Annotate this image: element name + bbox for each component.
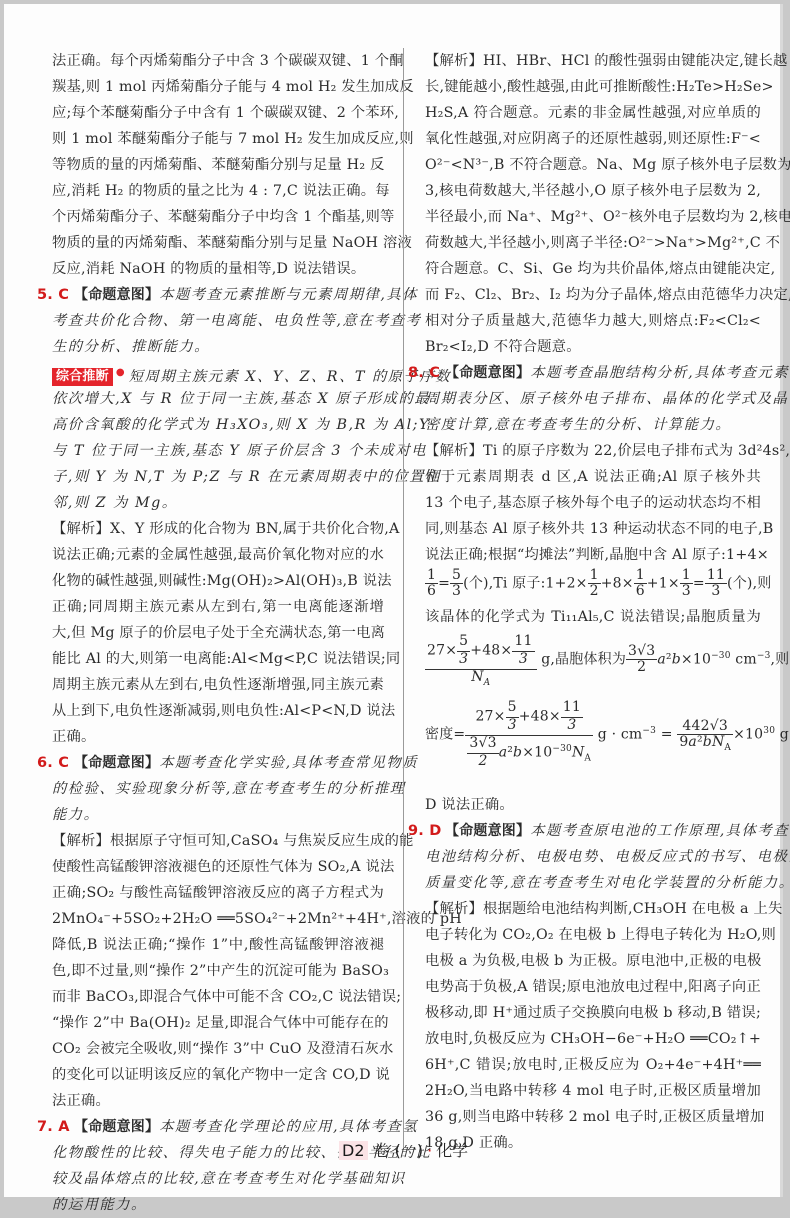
analysis-label: 【解析】 (52, 833, 110, 849)
analysis-text: 3,核电荷数越大,半径越小,O 原子核外电子层数为 2, (425, 178, 761, 204)
analysis-text: 2MnO₄⁻+5SO₂+2H₂O ══5SO₄²⁻+2Mn²⁺+4H⁺,溶液的 … (52, 906, 384, 932)
analysis-text: H₂S,A 符合题意。元素的非金属性越强,对应单质的 (425, 100, 761, 126)
q7-analysis: 【解析】HI、HBr、HCl 的酸性强弱由键能决定,键长越 长,键能越小,酸性越… (425, 48, 761, 360)
analysis-text: 根据题给电池结构判断,CH₃OH 在电极 a 上失 (483, 901, 782, 917)
analysis-text: 法正确。 (52, 1088, 384, 1114)
ti-atom-label: ,Ti 原子: (489, 576, 546, 592)
inference-text: 与 T 位于同一主族,基态 Y 原子价层含 3 个未成对电 (52, 438, 384, 464)
analysis-text: 说法正确;根据“均摊法”判断,晶胞中含 Al 原子:1+4× (425, 542, 761, 568)
fraction: 13 (680, 568, 693, 599)
analysis-text: Ti 的原子序数为 22,价层电子排布式为 3d²4s², (483, 443, 790, 459)
intent-label: 【命题意图】 (445, 823, 530, 839)
intent-text: 考查共价化合物、第一电离能、电负性等,意在考查考 (52, 308, 384, 334)
text-line: 羰基,则 1 mol 丙烯菊酯分子能与 4 mol H₂ 发生加成反 (52, 74, 384, 100)
text-line: 则 1 mol 苯醚菊酯分子能与 7 mol H₂ 发生加成反应,则 (52, 126, 384, 152)
analysis-text: 使酸性高锰酸钾溶液褪色的还原性气体为 SO₂,A 说法 (52, 854, 384, 880)
density-fraction: 27×53+48×113 3√32a²b×10−30NA (465, 700, 593, 769)
answer-number: 8. C (408, 360, 440, 386)
intent-text: 本题考查原电池的工作原理,具体考查 (530, 823, 789, 839)
q8-intent-line: 8. C 【命题意图】本题考查晶胞结构分析,具体考查元素 (425, 360, 761, 386)
question-7: 7. A 【命题意图】本题考查化学理论的应用,具体考查氢 化物酸性的比较、得失电… (52, 1114, 384, 1203)
analysis-text: 放电时,负极反应为 CH₃OH−6e⁻+H₂O ══CO₂↑+ (425, 1026, 761, 1052)
analysis-text: 同,则基态 Al 原子核外共 13 种运动状态不同的电子,B (425, 516, 761, 542)
q5-intent-line: 5. C 【命题意图】本题考查元素推断与元素周期律,具体 (52, 282, 384, 308)
q6-intent-line: 6. C 【命题意图】本题考查化学实验,具体考查常见物质 (52, 750, 384, 776)
analysis-label: 【解析】 (425, 53, 483, 69)
intent-label: 【命题意图】 (445, 365, 530, 381)
text-line: 法正确。每个丙烯菊酯分子中含 3 个碳碳双键、1 个酮 (52, 48, 384, 74)
analysis-text: 电极 a 为负极,电极 b 为正极。原电池中,正极的电极 (425, 948, 761, 974)
analysis-line: 【解析】X、Y 形成的化合物为 BN,属于共价化合物,A (52, 516, 384, 542)
analysis-text: 长,键能越小,酸性越强,由此可推断酸性:H₂Te>H₂Se> (425, 74, 761, 100)
analysis-text: 正确。 (52, 724, 384, 750)
analysis-text: 而 F₂、Cl₂、Br₂、I₂ 均为分子晶体,熔点由范德华力决定, (425, 282, 761, 308)
answer-number: 5. C (37, 282, 69, 308)
q7-intent-line: 7. A 【命题意图】本题考查化学理论的应用,具体考查氢 (52, 1114, 384, 1140)
analysis-text: 符合题意。C、Si、Ge 均为共价晶体,熔点由键能决定, (425, 256, 761, 282)
analysis-text: 色,即不过量,则“操作 2”中产生的沉淀可能为 BaSO₃ (52, 958, 384, 984)
dot-icon: ● (116, 367, 125, 378)
analysis-text: 相对分子质量越大,范德华力越大,则熔点:F₂<Cl₂< (425, 308, 761, 334)
analysis-text: 大,但 Mg 原子的价层电子处于全充满状态,第一电离 (52, 620, 384, 646)
fraction: 16 (425, 568, 438, 599)
intent-label: 【命题意图】 (74, 1119, 159, 1135)
intent-text: 的运用能力。 (52, 1192, 384, 1203)
document-page: 法正确。每个丙烯菊酯分子中含 3 个碳碳双键、1 个酮 羰基,则 1 mol 丙… (4, 4, 783, 1197)
analysis-text: 能比 Al 的大,则第一电离能:Al<Mg<P,C 说法错误;同 (52, 646, 384, 672)
analysis-text: 说法正确;元素的金属性越强,最高价氧化物对应的水 (52, 542, 384, 568)
text-line: 个丙烯菊酯分子、苯醚菊酯分子中均含 1 个酯基,则等 (52, 204, 384, 230)
analysis-text: 荷数越大,半径越小,则离子半径:O²⁻>Na⁺>Mg²⁺,C 不 (425, 230, 761, 256)
inference-line: 综合推断●短周期主族元素 X、Y、Z、R、T 的原子序数 (52, 360, 384, 386)
analysis-text: CO₂ 会被完全吸收,则“操作 3”中 CuO 及澄清石灰水 (52, 1036, 384, 1062)
separator-dot: · (427, 1141, 432, 1160)
analysis-text: X、Y 形成的化合物为 BN,属于共价化合物,A (110, 521, 399, 537)
intent-text: 化物酸性的比较、得失电子能力的比较、微粒半径的比 (52, 1140, 384, 1166)
intent-text: 的检验、实验现象分析等,意在考查考生的分析推理 (52, 776, 384, 802)
analysis-text: 正确;SO₂ 与酸性高锰酸钾溶液反应的离子方程式为 (52, 880, 384, 906)
analysis-text: 18 g,D 正确。 (425, 1130, 761, 1156)
answer-number: 6. C (37, 750, 69, 776)
analysis-text: 化物的碱性越强,则碱性:Mg(OH)₂>Al(OH)₃,B 说法 (52, 568, 384, 594)
analysis-text: 36 g,则当电路中转移 2 mol 电子时,正极区质量增加 (425, 1104, 761, 1130)
analysis-text: HI、HBr、HCl 的酸性强弱由键能决定,键长越 (483, 53, 787, 69)
left-column: 法正确。每个丙烯菊酯分子中含 3 个碳碳双键、1 个酮 羰基,则 1 mol 丙… (52, 48, 384, 1203)
page-footer: D2卷 (一)·化学 (339, 1138, 468, 1161)
inference-text: 子,则 Y 为 N,T 为 P;Z 与 R 在元素周期表中的位置相 (52, 464, 384, 490)
fraction: 53 (450, 568, 463, 599)
text-fragment: ,则 (753, 576, 772, 592)
atom-count-equation: 16=53(个),Ti 原子:1+2×12+8×16+1×13=113(个),则 (425, 568, 761, 604)
density-label: 密度= (425, 727, 465, 743)
text-line: 应;每个苯醚菊酯分子中含有 1 个碳碳双键、2 个苯环, (52, 100, 384, 126)
analysis-text: 从上到下,电负性逐渐减弱,则电负性:Al<P<N,D 说法 (52, 698, 384, 724)
analysis-text: 氧化性越强,对应阴离子的还原性越弱,则还原性:F⁻< (425, 126, 761, 152)
inference-text: 高价含氧酸的化学式为 H₃XO₃,则 X 为 B,R 为 Al;Y (52, 412, 384, 438)
intent-text: 本题考查元素推断与元素周期律,具体 (159, 287, 418, 303)
subject-label: 化学 (436, 1141, 468, 1160)
intent-text: 电池结构分析、电极电势、电极反应式的书写、电极区 (425, 844, 761, 870)
inference-text: 依次增大,X 与 R 位于同一主族,基态 X 原子形成的最 (52, 386, 384, 412)
intent-text: 能力。 (52, 802, 384, 828)
intent-text: 密度计算,意在考查考生的分析、计算能力。 (425, 412, 761, 438)
analysis-text: 周期主族元素从左到右,电负性逐渐增强,同主族元素 (52, 672, 384, 698)
analysis-text: Br₂<I₂,D 不符合题意。 (425, 334, 761, 360)
intent-text: 生的分析、推断能力。 (52, 334, 384, 360)
q9-intent-line: 9. D 【命题意图】本题考查原电池的工作原理,具体考查 (425, 818, 761, 844)
question-8: 8. C 【命题意图】本题考查晶胞结构分析,具体考查元素 周期表分区、原子核外电… (425, 360, 761, 818)
mass-fraction: 27×53+48×113 NA (425, 634, 537, 685)
analysis-text: 电势高于负极,A 错误;原电池放电过程中,阳离子向正 (425, 974, 761, 1000)
intent-text: 本题考查晶胞结构分析,具体考查元素 (530, 365, 789, 381)
conclusion-line: D 说法正确。 (425, 792, 761, 818)
analysis-text: “操作 2”中 Ba(OH)₂ 足量,即混合气体中可能存在的 (52, 1010, 384, 1036)
intent-text: 周期表分区、原子核外电子排布、晶体的化学式及晶体 (425, 386, 761, 412)
volume-label: 卷 (一) (374, 1141, 424, 1160)
analysis-text: 极移动,即 H⁺通过质子交换膜向电极 b 移动,B 错误; (425, 1000, 761, 1026)
analysis-label: 【解析】 (52, 521, 110, 537)
answer-number: 7. A (37, 1114, 70, 1140)
text-line: 反应,消耗 NaOH 的物质的量相等,D 说法错误。 (52, 256, 384, 282)
fraction: 16 (634, 568, 647, 599)
analysis-text: 根据原子守恒可知,CaSO₄ 与焦炭反应生成的能 (110, 833, 414, 849)
analysis-line: 【解析】根据题给电池结构判断,CH₃OH 在电极 a 上失 (425, 896, 761, 922)
fraction: 3√32 (626, 644, 657, 675)
page-code: D2 (339, 1141, 368, 1160)
analysis-text: 而非 BaCO₃,即混合气体中可能不含 CO₂,C 说法错误; (52, 984, 384, 1010)
intent-text: 本题考查化学理论的应用,具体考查氢 (159, 1119, 418, 1135)
comprehensive-inference-badge: 综合推断 (52, 368, 113, 386)
question-5: 5. C 【命题意图】本题考查元素推断与元素周期律,具体 考查共价化合物、第一电… (52, 282, 384, 750)
fraction: 442√39a²bNA (677, 719, 733, 750)
question-9: 9. D 【命题意图】本题考查原电池的工作原理,具体考查 电池结构分析、电极电势… (425, 818, 761, 1156)
intent-text: 较及晶体熔点的比较,意在考查考生对化学基础知识 (52, 1166, 384, 1192)
text-fragment: g,晶胞体积为 (541, 652, 626, 668)
answer-number: 9. D (408, 818, 441, 844)
analysis-line: 【解析】HI、HBr、HCl 的酸性强弱由键能决定,键长越 (425, 48, 761, 74)
cell-mass-equation: 27×53+48×113 NA g,晶胞体积为3√32a²b×10−30 cm−… (425, 630, 761, 692)
analysis-text: 的变化可以证明该反应的氧化产物中一定含 CO,D 说 (52, 1062, 384, 1088)
text-line: 等物质的量的丙烯菊酯、苯醚菊酯分别与足量 H₂ 反 (52, 152, 384, 178)
intent-label: 【命题意图】 (74, 287, 159, 303)
text-line: 物质的量的丙烯菊酯、苯醚菊酯分别与足量 NaOH 溶液 (52, 230, 384, 256)
analysis-text: 2H₂O,当电路中转移 4 mol 电子时,正极区质量增加 (425, 1078, 761, 1104)
q4-continuation: 法正确。每个丙烯菊酯分子中含 3 个碳碳双键、1 个酮 羰基,则 1 mol 丙… (52, 48, 384, 282)
analysis-text: 降低,B 说法正确;“操作 1”中,酸性高锰酸钾溶液褪 (52, 932, 384, 958)
fraction: 113 (705, 568, 727, 599)
analysis-line: 【解析】Ti 的原子序数为 22,价层电子排布式为 3d²4s², (425, 438, 761, 464)
intent-text: 质量变化等,意在考查考生对电化学装置的分析能力。 (425, 870, 761, 896)
fraction: 12 (588, 568, 601, 599)
analysis-label: 【解析】 (425, 901, 483, 917)
analysis-label: 【解析】 (425, 443, 483, 459)
question-6: 6. C 【命题意图】本题考查化学实验,具体考查常见物质 的检验、实验现象分析等… (52, 750, 384, 1114)
analysis-text: 位于元素周期表 d 区,A 说法正确;Al 原子核外共 (425, 464, 761, 490)
intent-text: 本题考查化学实验,具体考查常见物质 (159, 755, 418, 771)
analysis-text: O²⁻<N³⁻,B 不符合题意。Na、Mg 原子核外电子层数为 (425, 152, 761, 178)
text-line: 应,消耗 H₂ 的物质的量之比为 4 : 7,C 说法正确。每 (52, 178, 384, 204)
density-equation: 密度= 27×53+48×113 3√32a²b×10−30NA g · cm−… (425, 692, 761, 792)
intent-label: 【命题意图】 (74, 755, 159, 771)
right-column: 【解析】HI、HBr、HCl 的酸性强弱由键能决定,键长越 长,键能越小,酸性越… (425, 48, 761, 1156)
analysis-text: 13 个电子,基态原子核外每个电子的运动状态均不相 (425, 490, 761, 516)
text-fragment: ,则晶体 (771, 652, 790, 668)
column-divider (403, 48, 404, 1148)
analysis-text: 6H⁺,C 错误;放电时,正极反应为 O₂+4e⁻+4H⁺══ (425, 1052, 761, 1078)
analysis-text: 正确;同周期主族元素从左到右,第一电离能逐渐增 (52, 594, 384, 620)
analysis-text: 半径最小,而 Na⁺、Mg²⁺、O²⁻核外电子层数均为 2,核电 (425, 204, 761, 230)
analysis-line: 【解析】根据原子守恒可知,CaSO₄ 与焦炭反应生成的能 (52, 828, 384, 854)
formula-line: 该晶体的化学式为 Ti₁₁Al₅,C 说法错误;晶胞质量为 (425, 604, 761, 630)
analysis-text: 电子转化为 CO₂,O₂ 在电极 b 上得电子转化为 H₂O,则 (425, 922, 761, 948)
inference-text: 邻,则 Z 为 Mg。 (52, 490, 384, 516)
